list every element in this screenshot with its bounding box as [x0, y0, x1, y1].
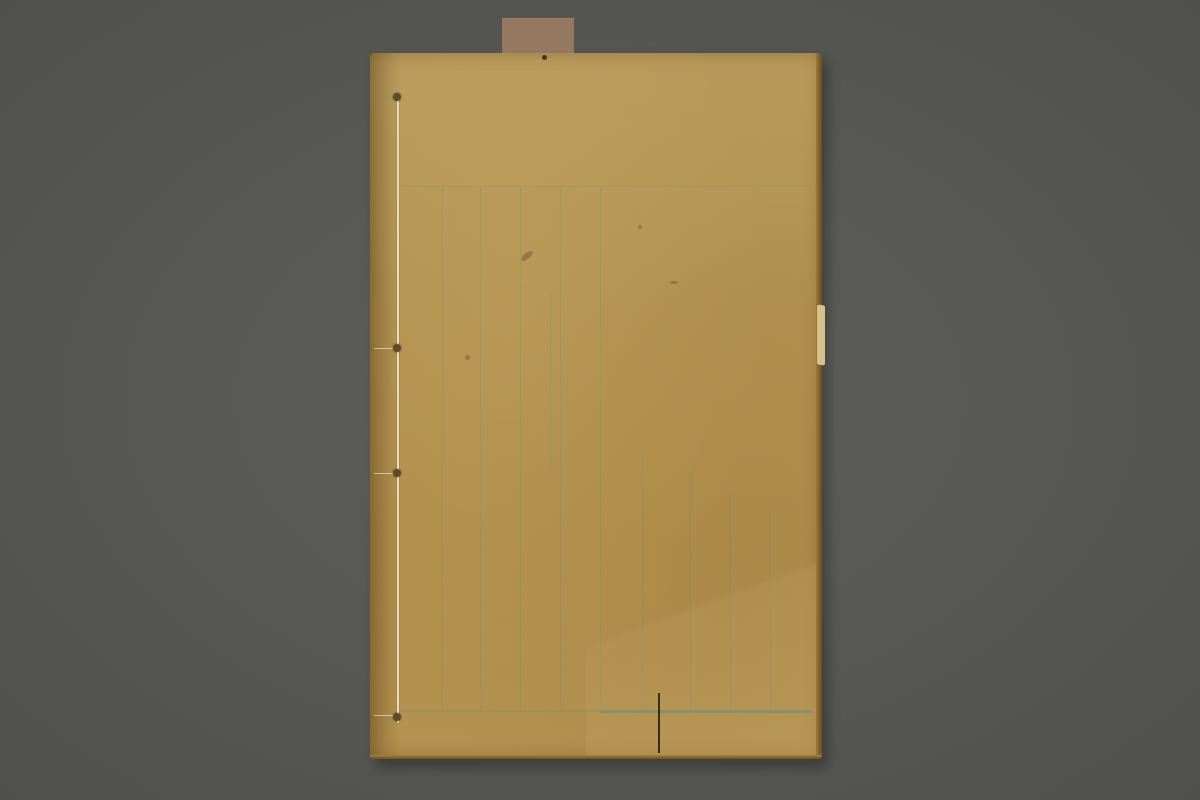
stain [638, 225, 642, 229]
top-rule-line [400, 186, 810, 187]
bottom-rule-line [600, 710, 812, 713]
page-edge-bottom [370, 755, 822, 759]
page-edge-right [816, 53, 822, 759]
column-rule [480, 187, 481, 710]
binding-knot [393, 93, 401, 101]
column-rule [442, 187, 443, 710]
binding-thread [397, 93, 399, 723]
tear-mark [658, 693, 660, 753]
binding-knot [393, 713, 401, 721]
photo-scene [0, 0, 1200, 800]
column-rule [560, 187, 561, 710]
binding-knot [393, 344, 401, 352]
stain [520, 249, 535, 263]
bottom-rule-line-faint [400, 710, 600, 712]
spine-edge [370, 53, 400, 759]
book-cover [370, 53, 822, 759]
column-rule [520, 187, 521, 710]
stain [542, 55, 547, 60]
binding-knot [393, 469, 401, 477]
stain [465, 355, 470, 360]
stain [670, 281, 678, 284]
column-rule [550, 293, 551, 473]
protruding-page-flap [817, 304, 825, 365]
